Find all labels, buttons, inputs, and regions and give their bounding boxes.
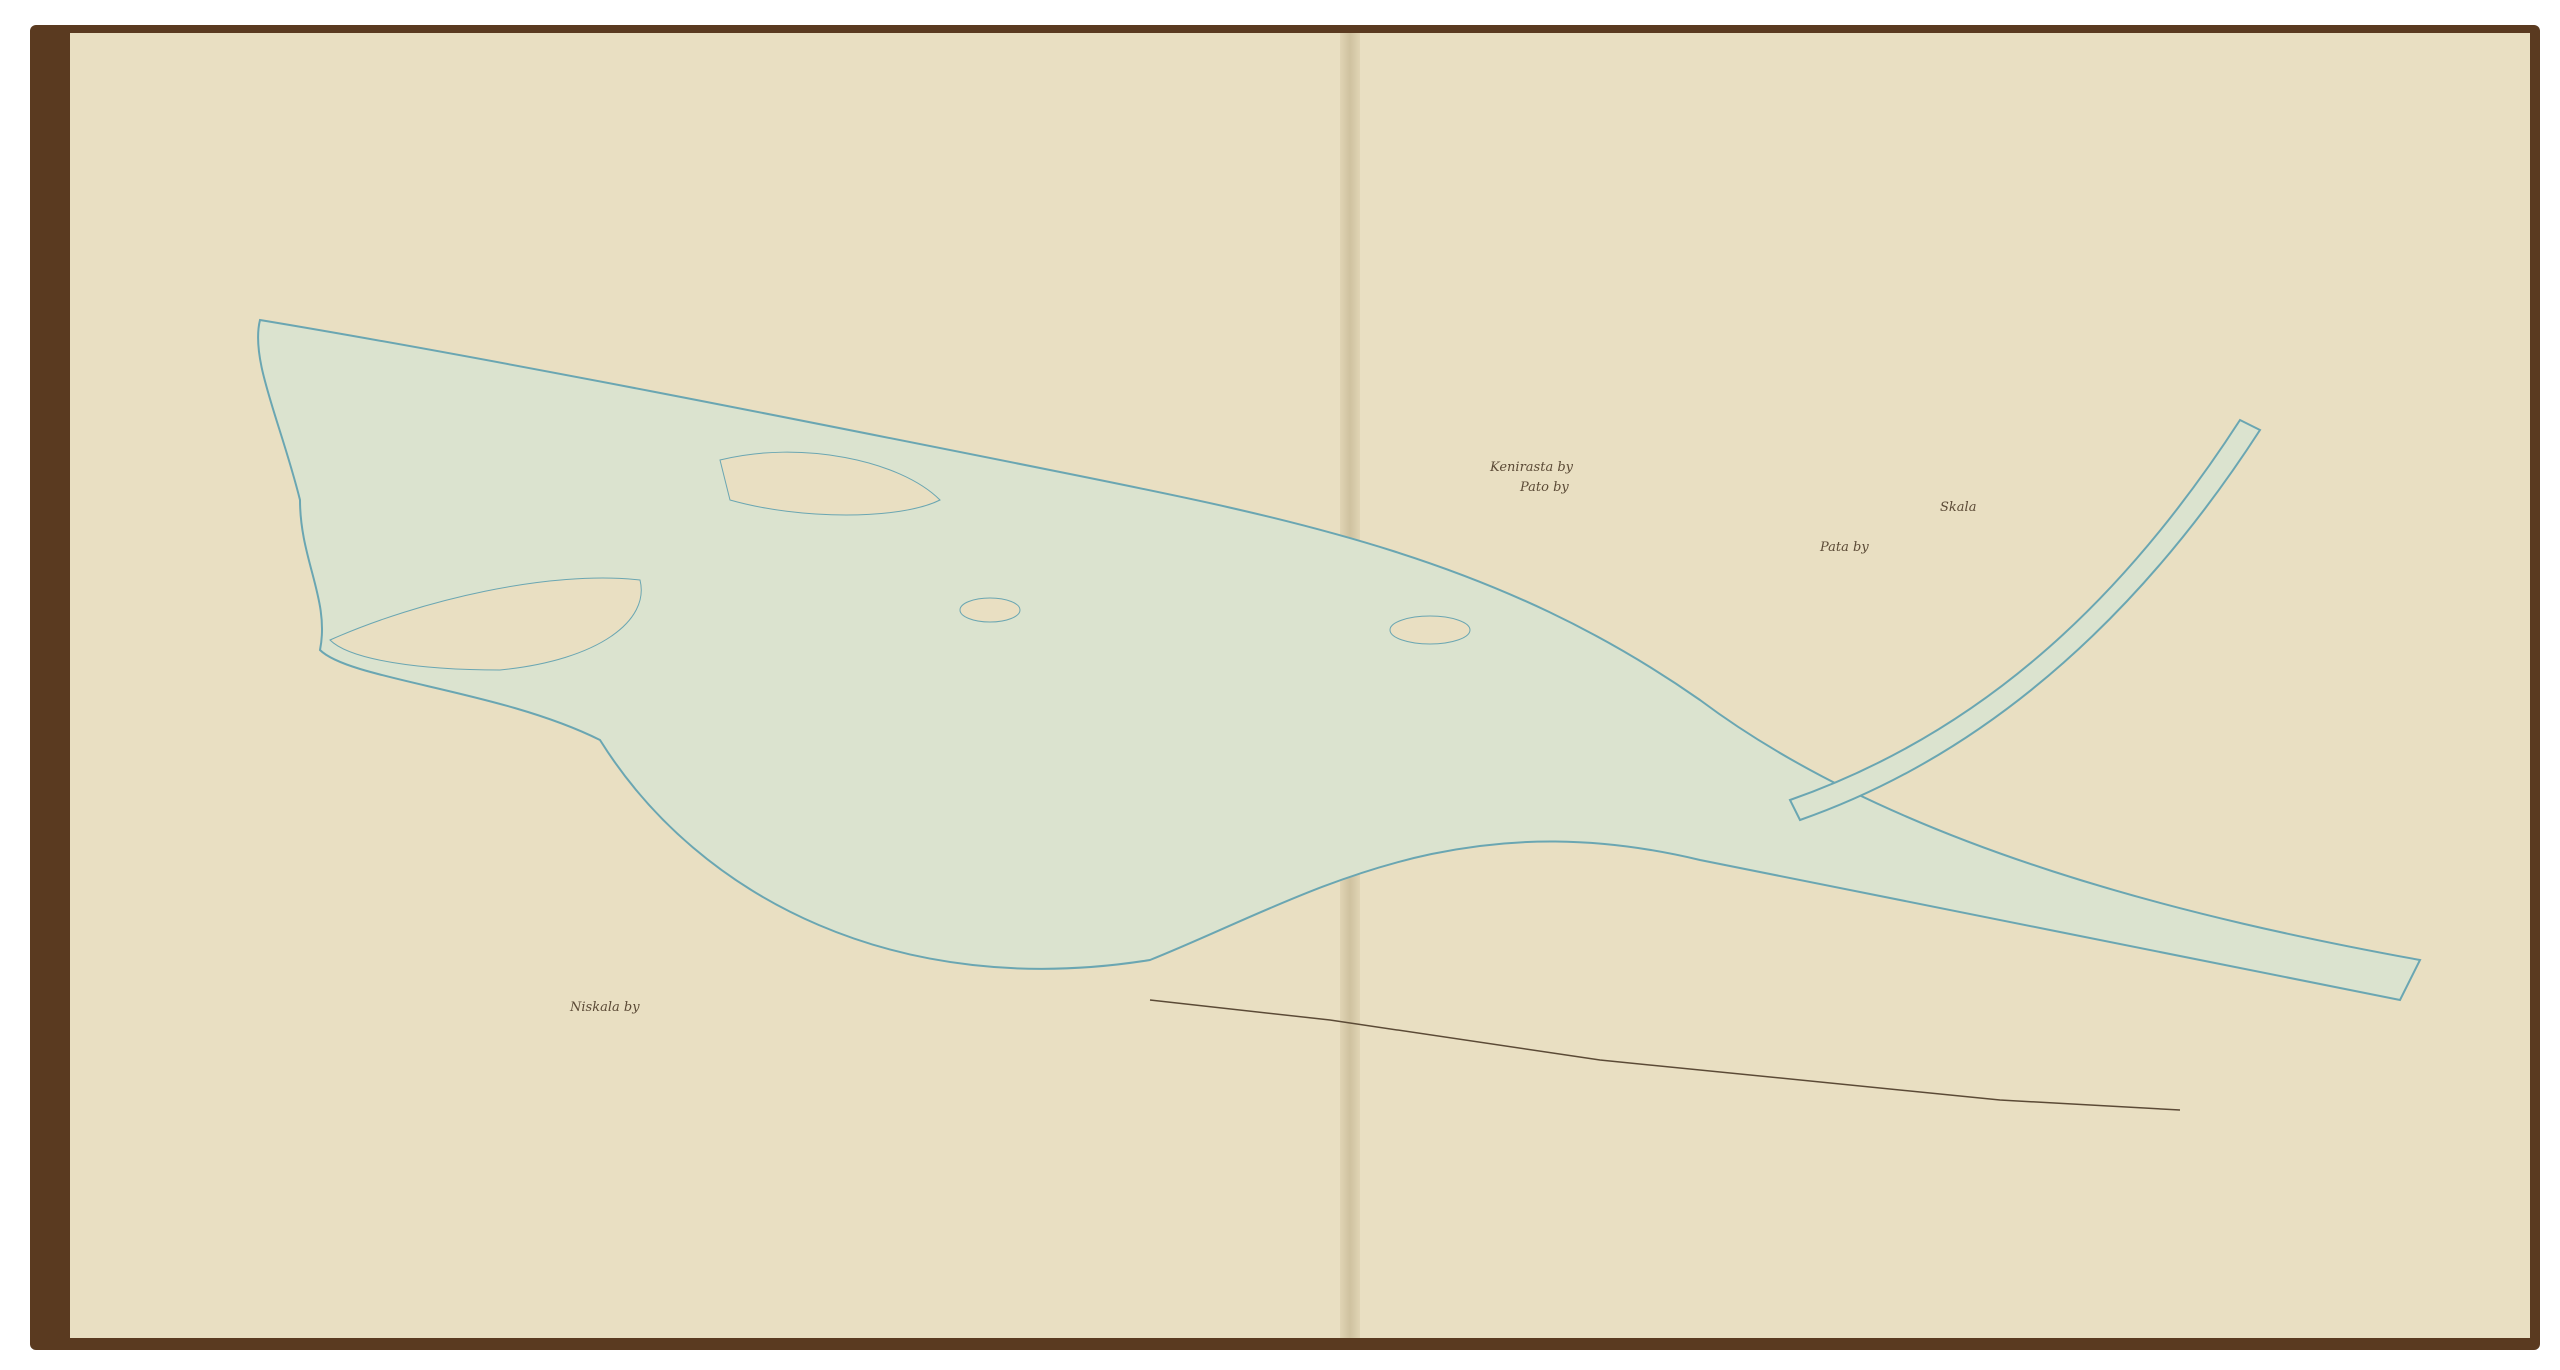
map-label: Kenirasta by [1490, 460, 1573, 475]
map-label: Pato by [1520, 480, 1569, 495]
river-map [0, 0, 2560, 1370]
map-label: Niskala by [570, 1000, 640, 1015]
map-label: Pata by [1820, 540, 1869, 555]
map-label: Skala [1940, 500, 1976, 515]
